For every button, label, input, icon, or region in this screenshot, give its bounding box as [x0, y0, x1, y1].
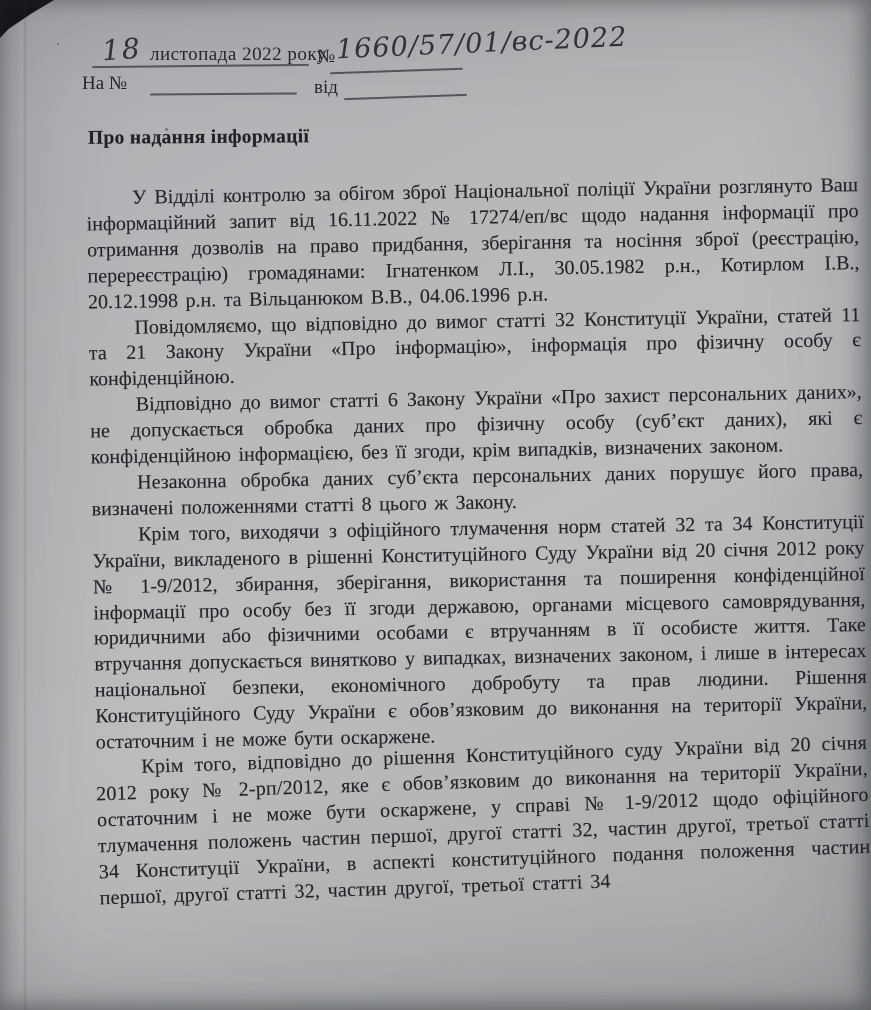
- paragraph-request-summary: У Відділі контролю за обігом зброї Націо…: [86, 173, 860, 316]
- date-month-year-label: листопада 2022 року: [150, 44, 327, 66]
- dust-speck: [57, 43, 59, 45]
- handwritten-day: 18: [101, 32, 143, 68]
- reply-number-blank-underline: [150, 92, 297, 95]
- paragraph-confidentiality-notice: Повідомляємо, що відповідно до вимог ста…: [88, 303, 861, 394]
- paper-fold-line: [23, 0, 27, 1010]
- number-sign-label: №: [317, 46, 335, 68]
- reply-date-blank-underline: [344, 94, 467, 100]
- reply-number-label: На №: [82, 73, 127, 95]
- reply-date-label: від: [314, 77, 338, 99]
- handwritten-outgoing-number: 1660/57/01/вс-2022: [335, 22, 627, 66]
- paragraph-constitutional-court-ruling-1: Крім того, виходячи з офіційного тлумаче…: [92, 510, 868, 757]
- letter-subject-title: Про надання інформації: [88, 126, 309, 150]
- number-underline: [330, 68, 463, 75]
- letter-body: У Відділі контролю за обігом зброї Націо…: [86, 173, 871, 912]
- scanned-letter-page: 18 листопада 2022 року № 1660/57/01/вс-2…: [0, 0, 871, 1010]
- paragraph-personal-data-law: Відповідно до вимог статті 6 Закону Укра…: [90, 380, 863, 471]
- paragraph-constitutional-court-ruling-2: Крім того, відповідно до рішення Констит…: [95, 731, 871, 912]
- scan-corner-artifact: [0, 0, 54, 38]
